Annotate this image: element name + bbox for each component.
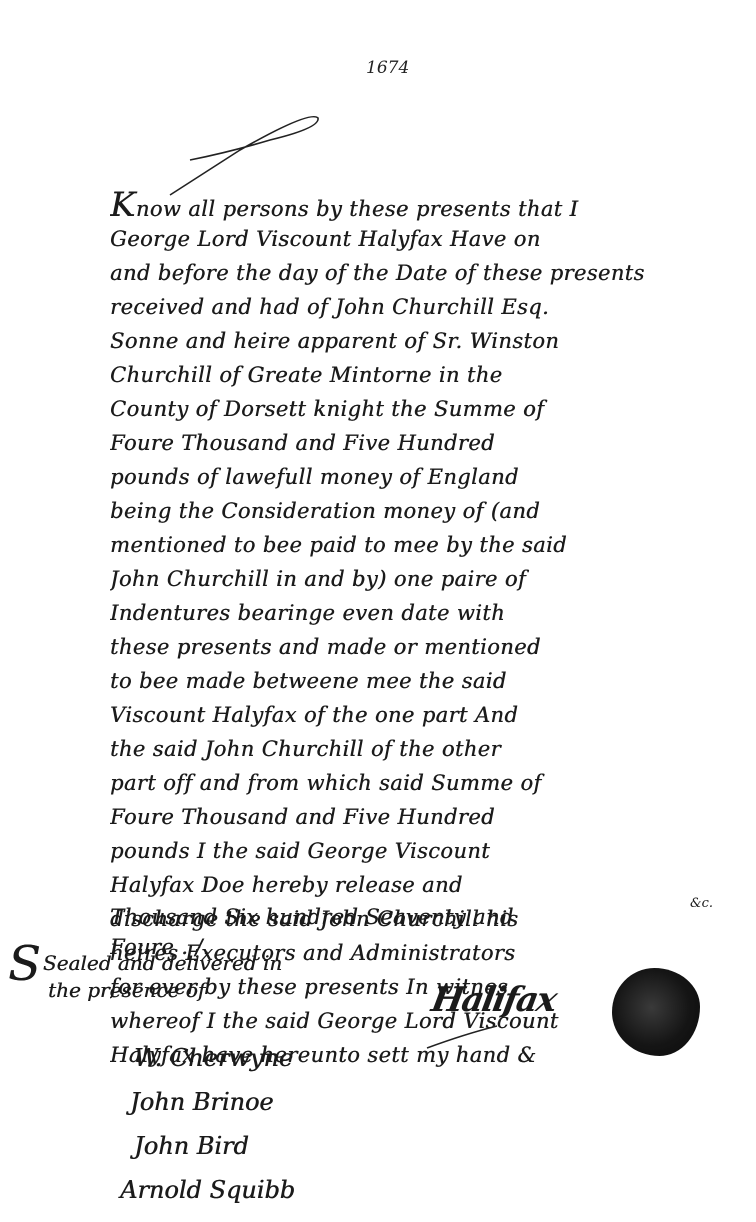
body-line: Foure Thousand and Five Hundred [110, 426, 740, 460]
body-line: Halyfax Doe hereby release and [110, 868, 740, 902]
witness-signatures: W. Cherwyne John Brinoe John Bird Arnold… [120, 1036, 295, 1212]
witness-signature: Arnold Squibb [120, 1168, 295, 1212]
body-line: the said John Churchill of the other [110, 732, 740, 766]
body-line: received and had of John Churchill Esq. [110, 290, 740, 324]
body-line: being the Consideration money of (and [110, 494, 740, 528]
body-line: Churchill of Greate Mintorne in the [110, 358, 740, 392]
body-line: County of Dorsett knight the Summe of [110, 392, 740, 426]
witness-signature: W. Cherwyne [134, 1036, 295, 1080]
body-line: mentioned to bee paid to mee by the said [110, 528, 740, 562]
body-line: John Churchill in and by) one paire of [110, 562, 740, 596]
signature-underline-icon [425, 1020, 525, 1050]
document-page: 1674 Know all persons by these presents … [0, 0, 756, 1222]
attestation-clause: SSealed and delivered in the presence of [8, 950, 282, 1003]
body-line: Foure Thousand and Five Hundred [110, 800, 740, 834]
halifax-signature: Halifax [428, 980, 558, 1020]
body-line: Indentures bearinge even date with [110, 596, 740, 630]
witness-signature: John Brinoe [130, 1080, 295, 1124]
closing-line: Thousand Six hundred Seaventy and [110, 902, 514, 932]
body-line: part off and from which said Summe of [110, 766, 740, 800]
body-line: pounds of lawefull money of England [110, 460, 740, 494]
attestation-initial: S [8, 936, 41, 992]
margin-mark: &c. [690, 896, 713, 911]
body-line: Know all persons by these presents that … [110, 188, 740, 222]
body-line: pounds I the said George Viscount [110, 834, 740, 868]
body-line: Sonne and heire apparent of Sr. Winston [110, 324, 740, 358]
wax-seal-icon [612, 968, 700, 1056]
body-line: and before the day of the Date of these … [110, 256, 740, 290]
folio-number: 1674 [366, 58, 409, 78]
attestation-label-2: the presence of [48, 977, 282, 1003]
body-line: these presents and made or mentioned [110, 630, 740, 664]
pen-flourish-icon [130, 110, 330, 200]
body-line: George Lord Viscount Halyfax Have on [110, 222, 740, 256]
body-line: to bee made betweene mee the said [110, 664, 740, 698]
attestation-label: Sealed and delivered in [43, 951, 282, 975]
witness-signature: John Bird [134, 1124, 295, 1168]
body-line: Viscount Halyfax of the one part And [110, 698, 740, 732]
